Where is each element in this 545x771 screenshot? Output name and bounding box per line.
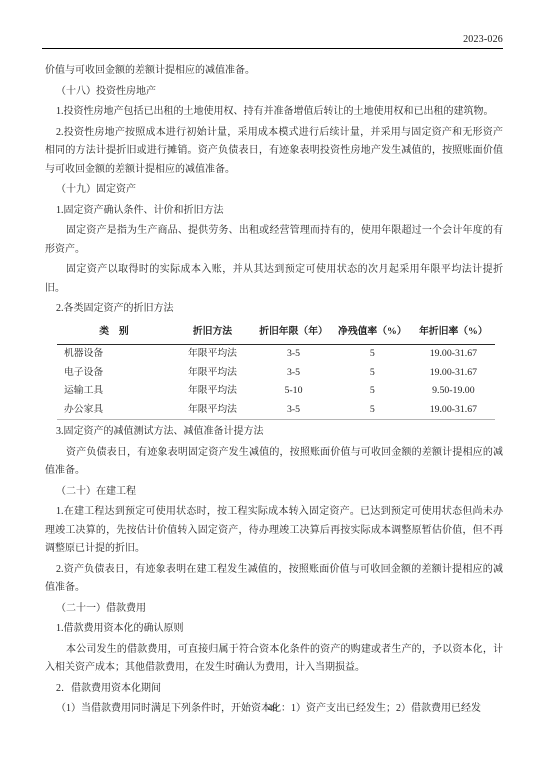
clause-paragraph: 1.投资性房地产包括已出租的土地使用权、持有并准备增值后转让的土地使用权和已出租… bbox=[45, 103, 503, 122]
column-header-residual-rate: 净残值率（%） bbox=[333, 321, 412, 345]
table-cell: 9.50-19.00 bbox=[412, 382, 495, 401]
clause-heading: 1.借款费用资本化的确认原则 bbox=[45, 620, 503, 639]
table-cell: 19.00-31.67 bbox=[412, 401, 495, 420]
table-header-row: 类 别 折旧方法 折旧年限（年） 净残值率（%） 年折旧率（%） bbox=[57, 321, 495, 345]
header-rule: 2023-026 bbox=[42, 34, 503, 49]
paragraph: 固定资产以取得时的实际成本入账，并从其达到预定可使用状态的次月起采用年限平均法计… bbox=[45, 261, 503, 298]
table-cell: 5 bbox=[333, 345, 412, 364]
section-heading: （十九）固定资产 bbox=[45, 181, 503, 200]
clause-paragraph: 2.资产负债表日，有迹象表明在建工程发生减值的，按照账面价值与可收回金额的差额计… bbox=[45, 561, 503, 598]
table-cell: 年限平均法 bbox=[171, 401, 254, 420]
clause-heading: 2．借款费用资本化期间 bbox=[45, 680, 503, 699]
column-header-useful-life: 折旧年限（年） bbox=[254, 321, 333, 345]
section-heading: （十八）投资性房地产 bbox=[45, 83, 503, 102]
table-cell: 年限平均法 bbox=[171, 345, 254, 364]
document-body: 价值与可收回金额的差额计提相应的减值准备。 （十八）投资性房地产 1.投资性房地… bbox=[45, 62, 503, 721]
paragraph: 本公司发生的借款费用，可直接归属于符合资本化条件的资产的购建或者生产的，予以资本… bbox=[45, 641, 503, 678]
table-row: 机器设备 年限平均法 3-5 5 19.00-31.67 bbox=[57, 345, 495, 364]
clause-heading: 1.固定资产确认条件、计价和折旧方法 bbox=[45, 202, 503, 221]
table-cell: 办公家具 bbox=[57, 401, 171, 420]
table-row: 运输工具 年限平均法 5-10 5 9.50-19.00 bbox=[57, 382, 495, 401]
table-cell: 5 bbox=[333, 364, 412, 383]
table-cell: 3-5 bbox=[254, 345, 333, 364]
fixed-assets-depreciation-table: 类 别 折旧方法 折旧年限（年） 净残值率（%） 年折旧率（%） 机器设备 年限… bbox=[57, 321, 495, 421]
page-number: 48 bbox=[0, 704, 545, 714]
column-header-category: 类 别 bbox=[57, 321, 171, 345]
report-code: 2023-026 bbox=[463, 34, 503, 45]
clause-heading: 2.各类固定资产的折旧方法 bbox=[45, 300, 503, 319]
paragraph: 资产负债表日，有迹象表明固定资产发生减值的，按照账面价值与可收回金额的差额计提相… bbox=[45, 444, 503, 481]
table-row: 办公家具 年限平均法 3-5 5 19.00-31.67 bbox=[57, 401, 495, 420]
table-cell: 年限平均法 bbox=[171, 364, 254, 383]
document-page: 2023-026 价值与可收回金额的差额计提相应的减值准备。 （十八）投资性房地… bbox=[0, 0, 545, 771]
paragraph: 固定资产是指为生产商品、提供劳务、出租或经营管理而持有的，使用年限超过一个会计年… bbox=[45, 222, 503, 259]
clause-paragraph: 1.在建工程达到预定可使用状态时，按工程实际成本转入固定资产。已达到预定可使用状… bbox=[45, 503, 503, 559]
column-header-method: 折旧方法 bbox=[171, 321, 254, 345]
table-cell: 19.00-31.67 bbox=[412, 345, 495, 364]
table-cell: 3-5 bbox=[254, 401, 333, 420]
section-heading: （二十）在建工程 bbox=[45, 483, 503, 502]
table-cell: 5 bbox=[333, 401, 412, 420]
table-cell: 5 bbox=[333, 382, 412, 401]
table-cell: 运输工具 bbox=[57, 382, 171, 401]
table-cell: 3-5 bbox=[254, 364, 333, 383]
table-cell: 19.00-31.67 bbox=[412, 364, 495, 383]
clause-heading: 3.固定资产的减值测试方法、减值准备计提方法 bbox=[45, 423, 503, 442]
table-cell: 机器设备 bbox=[57, 345, 171, 364]
paragraph: 价值与可收回金额的差额计提相应的减值准备。 bbox=[45, 62, 503, 81]
table-cell: 年限平均法 bbox=[171, 382, 254, 401]
table-row: 电子设备 年限平均法 3-5 5 19.00-31.67 bbox=[57, 364, 495, 383]
table-cell: 电子设备 bbox=[57, 364, 171, 383]
table-cell: 5-10 bbox=[254, 382, 333, 401]
clause-paragraph: 2.投资性房地产按照成本进行初始计量，采用成本模式进行后续计量，并采用与固定资产… bbox=[45, 124, 503, 180]
column-header-depreciation-rate: 年折旧率（%） bbox=[412, 321, 495, 345]
section-heading: （二十一）借款费用 bbox=[45, 600, 503, 619]
